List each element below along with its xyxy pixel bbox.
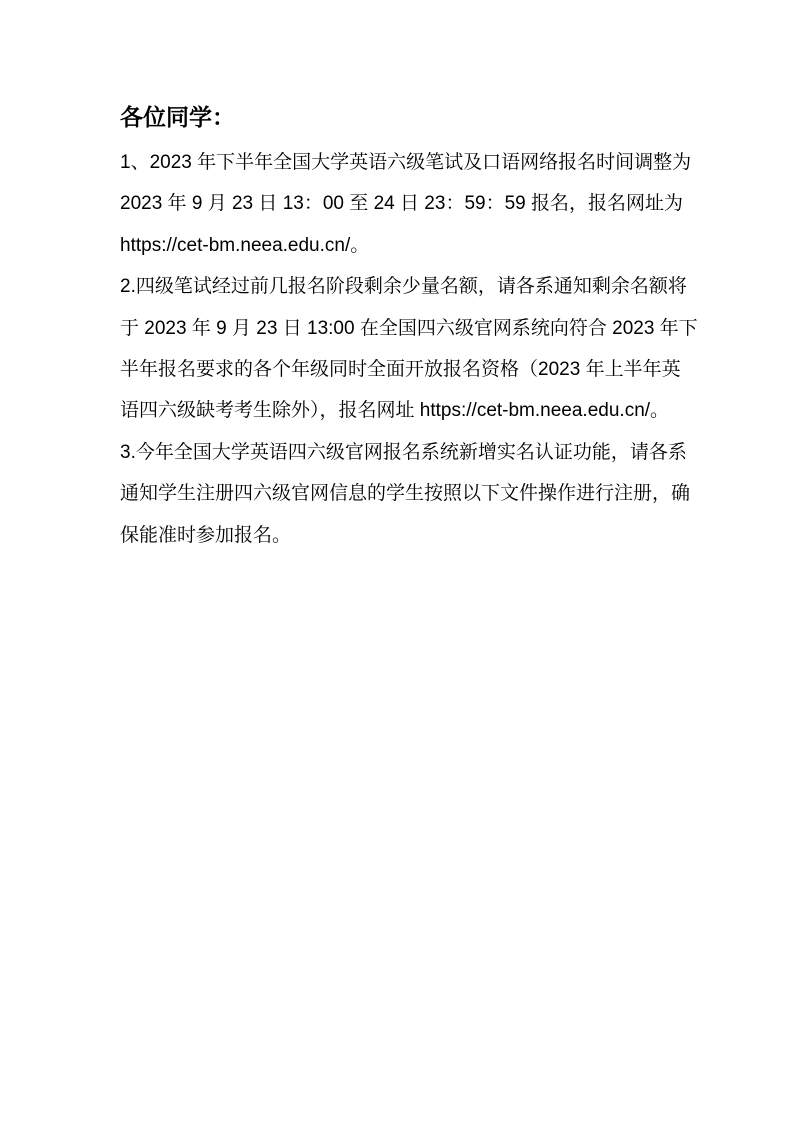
- document-body: 1、2023 年下半年全国大学英语六级笔试及口语网络报名时间调整为2023 年 …: [120, 142, 675, 556]
- latin-text-run: 24: [368, 193, 400, 214]
- text-line: 于 2023 年 9 月 23 日 13:00 在全国四六级官网系统向符合 20…: [120, 308, 675, 349]
- document-heading: 各位同学：: [120, 92, 675, 142]
- latin-text-run: 2023: [607, 318, 660, 339]
- latin-text-run: 9: [211, 318, 232, 339]
- text-line: 保能准时参加报名。: [120, 515, 675, 556]
- paragraph: 3.今年全国大学英语四六级官网报名系统新增实名认证功能，请各系通知学生注册四六级…: [120, 432, 675, 556]
- latin-text-run: 3.: [120, 442, 136, 463]
- paragraph: 1、2023 年下半年全国大学英语六级笔试及口语网络报名时间调整为2023 年 …: [120, 142, 675, 266]
- latin-text-run: 23: [227, 193, 259, 214]
- text-line: 通知学生注册四六级官网信息的学生按照以下文件操作进行注册，确: [120, 473, 675, 514]
- text-line: https://cet-bm.neea.edu.cn/。: [120, 225, 675, 266]
- latin-text-run: 00: [323, 193, 349, 214]
- text-line: 2.四级笔试经过前几报名阶段剩余少量名额，请各系通知剩余名额将: [120, 266, 675, 307]
- text-line: 2023 年 9 月 23 日 13：00 至 24 日 23：59：59 报名…: [120, 183, 675, 224]
- latin-text-run: 23: [419, 193, 445, 214]
- latin-text-run: 2023: [150, 152, 198, 173]
- latin-text-run: 13:00: [302, 318, 360, 339]
- text-line: 3.今年全国大学英语四六级官网报名系统新增实名认证功能，请各系: [120, 432, 675, 473]
- text-line: 语四六级缺考考生除外），报名网址 https://cet-bm.neea.edu…: [120, 390, 675, 431]
- latin-text-run: 23: [251, 318, 283, 339]
- latin-text-run: 2023: [139, 318, 192, 339]
- latin-text-run: https://cet-bm.neea.edu.cn/: [415, 400, 651, 421]
- latin-text-run: https://cet-bm.neea.edu.cn/: [120, 235, 350, 256]
- latin-text-run: 13: [277, 193, 303, 214]
- text-line: 半年报名要求的各个年级同时全面开放报名资格（2023 年上半年英: [120, 349, 675, 390]
- latin-text-run: 2.: [120, 276, 136, 297]
- text-line: 1、2023 年下半年全国大学英语六级笔试及口语网络报名时间调整为: [120, 142, 675, 183]
- latin-text-run: 59: [464, 193, 485, 214]
- document-page: 各位同学： 1、2023 年下半年全国大学英语六级笔试及口语网络报名时间调整为2…: [0, 0, 793, 1122]
- paragraph: 2.四级笔试经过前几报名阶段剩余少量名额，请各系通知剩余名额将于 2023 年 …: [120, 266, 675, 432]
- latin-text-run: 1: [120, 152, 131, 173]
- latin-text-run: 2023: [538, 359, 586, 380]
- latin-text-run: 2023: [120, 193, 168, 214]
- latin-text-run: 9: [187, 193, 208, 214]
- latin-text-run: 59: [505, 193, 531, 214]
